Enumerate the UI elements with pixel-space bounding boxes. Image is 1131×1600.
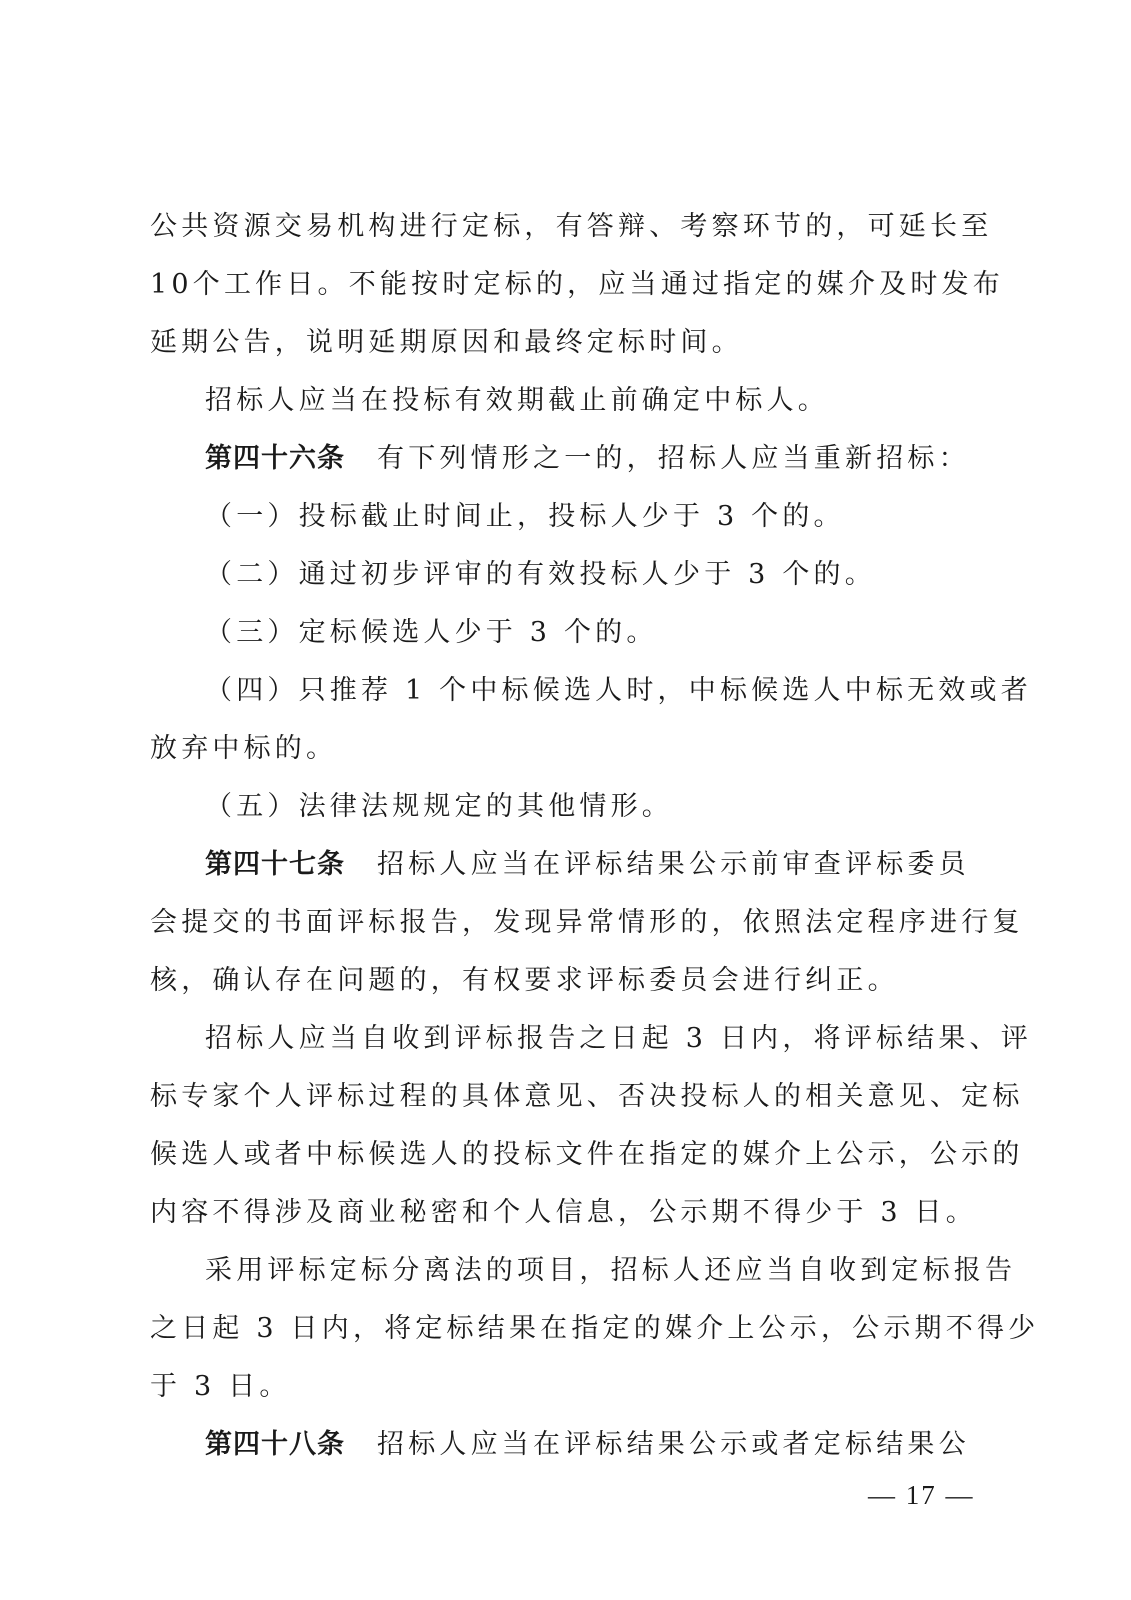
article-heading: 第四十七条 <box>205 849 345 880</box>
article-heading: 第四十六条 <box>205 443 345 474</box>
text-line: 标专家个人评标过程的具体意见、否决投标人的相关意见、定标 <box>150 1080 980 1114</box>
text-line: 会提交的书面评标报告，发现异常情形的，依照法定程序进行复 <box>150 906 980 940</box>
article-text: 招标人应当在评标结果公示前审查评标委员 <box>377 849 970 880</box>
text-line: 放弃中标的。 <box>150 732 980 766</box>
document-page: 公共资源交易机构进行定标，有答辩、考察环节的，可延长至 10个工作日。不能按时定… <box>0 0 1131 1600</box>
article-47-line: 第四十七条招标人应当在评标结果公示前审查评标委员 <box>205 848 1035 882</box>
list-item: （三）定标候选人少于 3 个的。 <box>205 616 1035 650</box>
text-line: 于 3 日。 <box>150 1370 980 1404</box>
list-item: （二）通过初步评审的有效投标人少于 3 个的。 <box>205 558 1035 592</box>
article-48-line: 第四十八条招标人应当在评标结果公示或者定标结果公 <box>205 1428 1035 1462</box>
text-line: 内容不得涉及商业秘密和个人信息，公示期不得少于 3 日。 <box>150 1196 980 1230</box>
page-number: — 17 — <box>868 1478 975 1512</box>
article-46-line: 第四十六条有下列情形之一的，招标人应当重新招标： <box>205 442 1035 476</box>
text-line: 之日起 3 日内，将定标结果在指定的媒介上公示，公示期不得少 <box>150 1312 980 1346</box>
text-line: 采用评标定标分离法的项目，招标人还应当自收到定标报告 <box>205 1254 1035 1288</box>
text-line: 招标人应当自收到评标报告之日起 3 日内，将评标结果、评 <box>205 1022 1035 1056</box>
text-line: 招标人应当在投标有效期截止前确定中标人。 <box>205 384 1035 418</box>
text-line: 核，确认存在问题的，有权要求评标委员会进行纠正。 <box>150 964 980 998</box>
text-line: 候选人或者中标候选人的投标文件在指定的媒介上公示，公示的 <box>150 1138 980 1172</box>
list-item: （一）投标截止时间止，投标人少于 3 个的。 <box>205 500 1035 534</box>
text-line: 公共资源交易机构进行定标，有答辩、考察环节的，可延长至 <box>150 210 980 244</box>
article-text: 招标人应当在评标结果公示或者定标结果公 <box>377 1429 970 1460</box>
text-line: 10个工作日。不能按时定标的，应当通过指定的媒介及时发布 <box>150 268 980 302</box>
text-line: 延期公告，说明延期原因和最终定标时间。 <box>150 326 980 360</box>
article-heading: 第四十八条 <box>205 1429 345 1460</box>
list-item: （四）只推荐 1 个中标候选人时，中标候选人中标无效或者 <box>205 674 1035 708</box>
article-text: 有下列情形之一的，招标人应当重新招标： <box>377 443 970 474</box>
list-item: （五）法律法规规定的其他情形。 <box>205 790 1035 824</box>
